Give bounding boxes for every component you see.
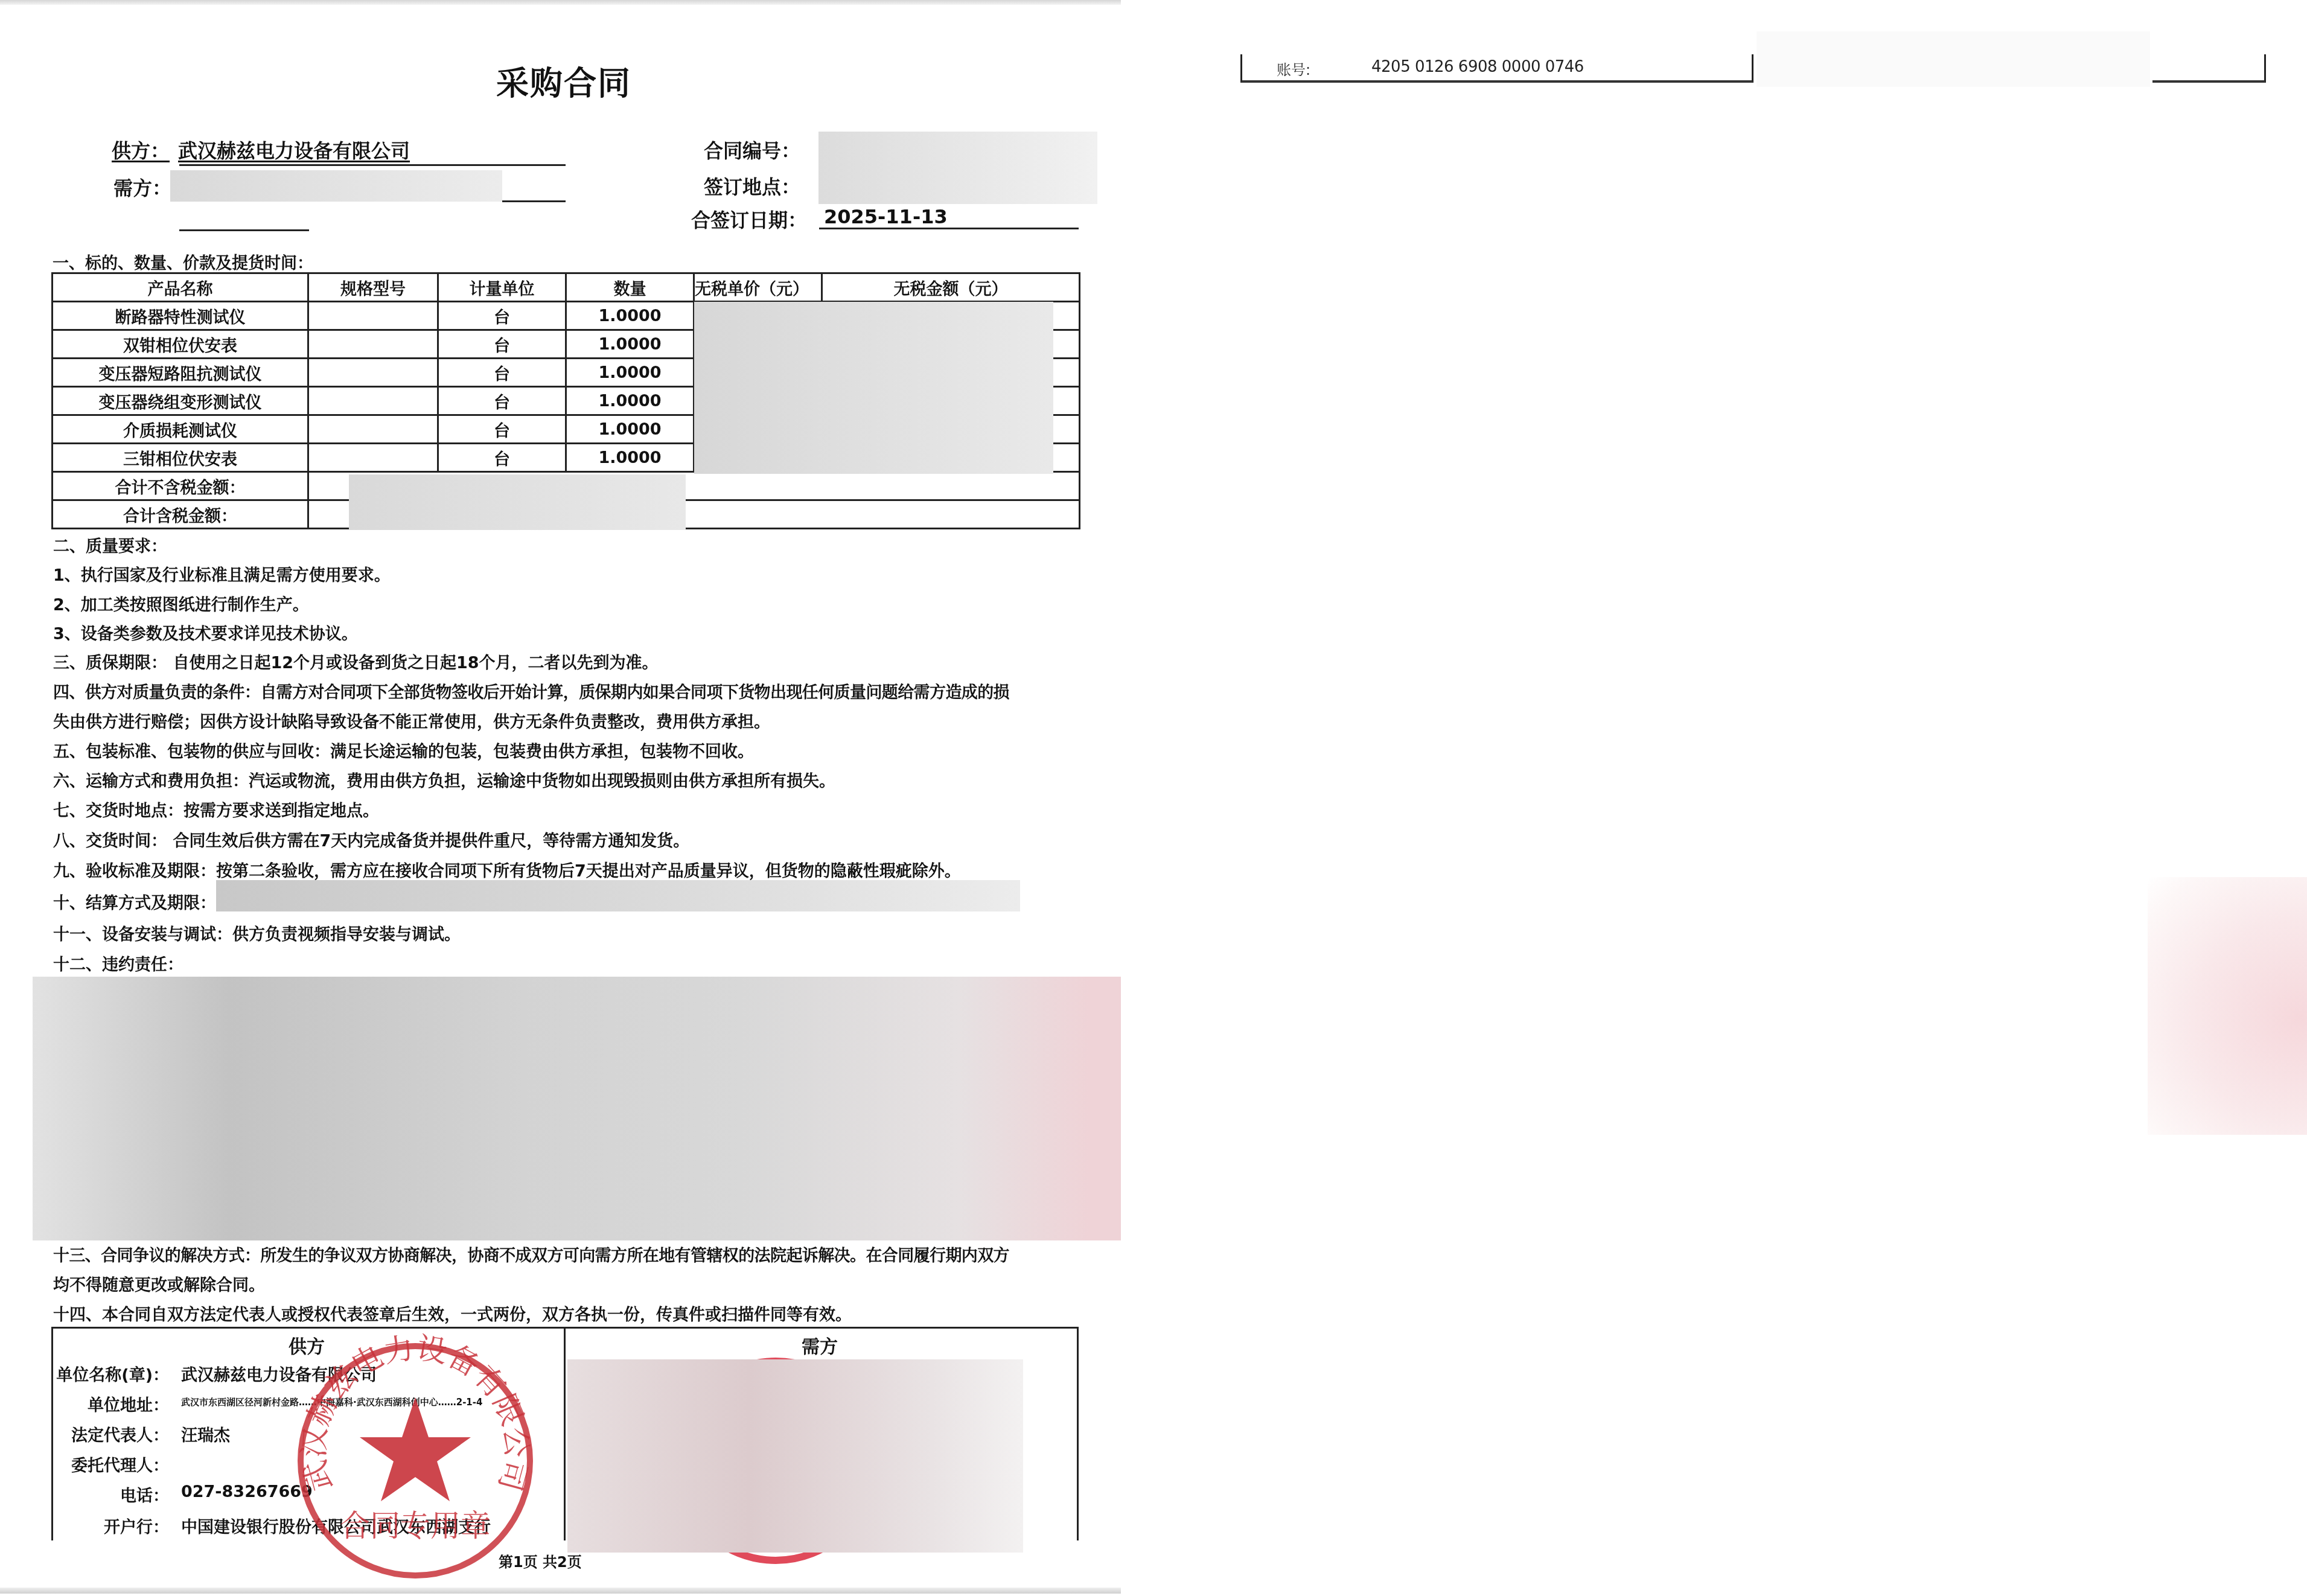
cell-spec	[308, 302, 438, 330]
header-spec: 规格型号	[308, 273, 438, 302]
supplier-field: 供方：武汉赫兹电力设备有限公司	[112, 136, 410, 164]
contract-page-1: 采购合同 供方：武汉赫兹电力设备有限公司 需方： 合同编号： 签订地点： 合签订…	[0, 0, 1121, 1596]
buyer-value-redacted	[170, 170, 502, 202]
totals-redacted	[349, 474, 686, 530]
sign-date-underline	[819, 228, 1079, 229]
sign-label-company: 单位名称(章)：	[42, 1362, 169, 1385]
clause-line: 3、设备类参数及技术要求详见技术协议。	[53, 621, 358, 644]
cell-qty: 1.0000	[566, 302, 694, 330]
sign-date-label: 合签订日期：	[691, 205, 807, 233]
header-unit: 计量单位	[438, 273, 566, 302]
total-incl-tax-label: 合计含税金额：	[53, 500, 308, 529]
svg-text:合同专用章: 合同专用章	[340, 1508, 491, 1543]
clause-line: 1、执行国家及行业标准且满足需方使用要求。	[53, 562, 391, 586]
cell-spec	[308, 387, 438, 415]
account-row-right	[2152, 54, 2266, 83]
clause-line: 八、交货时间： 合同生效后供方需在7天内完成备货并提供件重尺，等待需方通知发货。	[53, 828, 689, 851]
buyer-extra-underline	[179, 229, 309, 231]
supplier-value: 武汉赫兹电力设备有限公司	[178, 139, 410, 162]
cell-spec	[308, 359, 438, 387]
sign-label-legal-rep: 法定代表人：	[42, 1422, 169, 1446]
seal-residue-redacted	[2148, 877, 2307, 1135]
account-redacted	[1757, 31, 2150, 87]
header-amount: 无税金额（元）	[822, 273, 1080, 302]
clause-line: 十、结算方式及期限：	[53, 890, 216, 913]
clause-line: 六、运输方式和费用负担：汽运或物流，费用由供方负担，运输途中货物如出现毁损则由供…	[53, 768, 835, 791]
cell-unit: 台	[438, 330, 566, 359]
clause-line: 七、交货时地点：按需方要求送到指定地点。	[53, 797, 379, 821]
cell-product-name: 介质损耗测试仪	[53, 415, 308, 444]
clause-line: 失由供方进行赔偿；因供方设计缺陷导致设备不能正常使用，供方无条件负责整改，费用供…	[53, 709, 770, 732]
company-seal-icon: 武汉赫兹电力设备有限公司 合同专用章	[289, 1331, 542, 1585]
section-1-title: 一、标的、数量、价款及提货时间：	[53, 250, 313, 273]
account-label: 账号:	[1277, 58, 1310, 79]
cell-qty: 1.0000	[566, 387, 694, 415]
cell-product-name: 双钳相位伏安表	[53, 330, 308, 359]
clause-line: 三、质保期限： 自使用之日起12个月或设备到货之日起18个月，二者以先到为准。	[53, 650, 659, 673]
cell-qty: 1.0000	[566, 330, 694, 359]
clause-line: 十二、违约责任：	[53, 951, 183, 975]
sign-place-label: 签订地点：	[704, 172, 800, 200]
cell-spec	[308, 444, 438, 472]
cell-product-name: 断路器特性测试仪	[53, 302, 308, 330]
total-excl-tax-label: 合计不含税金额：	[53, 472, 308, 500]
clause-line: 十四、本合同自双方法定代表人或授权代表签章后生效，一式两份，双方各执一份，传真件…	[53, 1301, 852, 1325]
cell-unit: 台	[438, 359, 566, 387]
sign-label-agent: 委托代理人：	[42, 1452, 169, 1476]
cell-qty: 1.0000	[566, 444, 694, 472]
supplier-label: 供方：	[112, 139, 170, 162]
supplier-underline	[179, 164, 566, 166]
signature-divider	[564, 1327, 566, 1540]
clause-line: 二、质量要求：	[53, 533, 167, 557]
cell-unit: 台	[438, 302, 566, 330]
cell-product-name: 变压器短路阻抗测试仪	[53, 359, 308, 387]
buyer-info-redacted	[567, 1359, 1023, 1553]
buyer-label: 需方：	[113, 173, 171, 201]
contract-no-place-redacted	[818, 132, 1097, 204]
clause-line: 十一、设备安装与调试：供方负责视频指导安装与调试。	[53, 921, 461, 945]
cell-qty: 1.0000	[566, 415, 694, 444]
clause-line: 四、供方对质量负责的条件：自需方对合同项下全部货物签收后开始计算，质保期内如果合…	[53, 679, 1009, 703]
cell-spec	[308, 415, 438, 444]
goods-table-header: 产品名称 规格型号 计量单位 数量 无税单价（元） 无税金额（元）	[53, 273, 1080, 302]
sign-label-bank: 开户行：	[42, 1514, 169, 1537]
contract-no-label: 合同编号：	[704, 136, 800, 164]
clause-line: 五、包装标准、包装物的供应与回收：满足长途运输的包装，包装费由供方承担，包装物不…	[53, 738, 754, 762]
breach-liability-redacted	[33, 977, 1121, 1240]
cell-product-name: 三钳相位伏安表	[53, 444, 308, 472]
clause-line: 九、验收标准及期限：按第二条验收，需方应在接收合同项下所有货物后7天提出对产品质…	[53, 858, 961, 881]
sign-value-legal-rep: 汪瑞杰	[181, 1422, 230, 1446]
clause-line: 十三、合同争议的解决方式：所发生的争议双方协商解决，协商不成双方可向需方所在地有…	[53, 1242, 1009, 1266]
settlement-redacted	[216, 880, 1020, 911]
cell-qty: 1.0000	[566, 359, 694, 387]
cell-product-name: 变压器绕组变形测试仪	[53, 387, 308, 415]
cell-unit: 台	[438, 415, 566, 444]
clause-line: 均不得随意更改或解除合同。	[53, 1272, 265, 1295]
sign-label-address: 单位地址：	[42, 1392, 169, 1416]
sign-date-value: 2025-11-13	[824, 205, 948, 228]
cell-unit: 台	[438, 444, 566, 472]
prices-redacted	[694, 302, 1053, 474]
sign-label-phone: 电话：	[42, 1483, 169, 1506]
account-value: 4205 0126 6908 0000 0746	[1371, 58, 1584, 76]
cell-spec	[308, 330, 438, 359]
document-title: 采购合同	[0, 58, 1128, 104]
cell-unit: 台	[438, 387, 566, 415]
header-qty: 数量	[566, 273, 694, 302]
page-bottom-edge	[0, 1588, 1121, 1594]
page-top-edge	[0, 0, 1121, 5]
clause-line: 2、加工类按照图纸进行制作生产。	[53, 592, 309, 615]
buyer-underline	[502, 200, 566, 202]
header-unit-price: 无税单价（元）	[694, 273, 822, 302]
header-product-name: 产品名称	[53, 273, 308, 302]
page-number: 第1页 共2页	[499, 1550, 582, 1571]
